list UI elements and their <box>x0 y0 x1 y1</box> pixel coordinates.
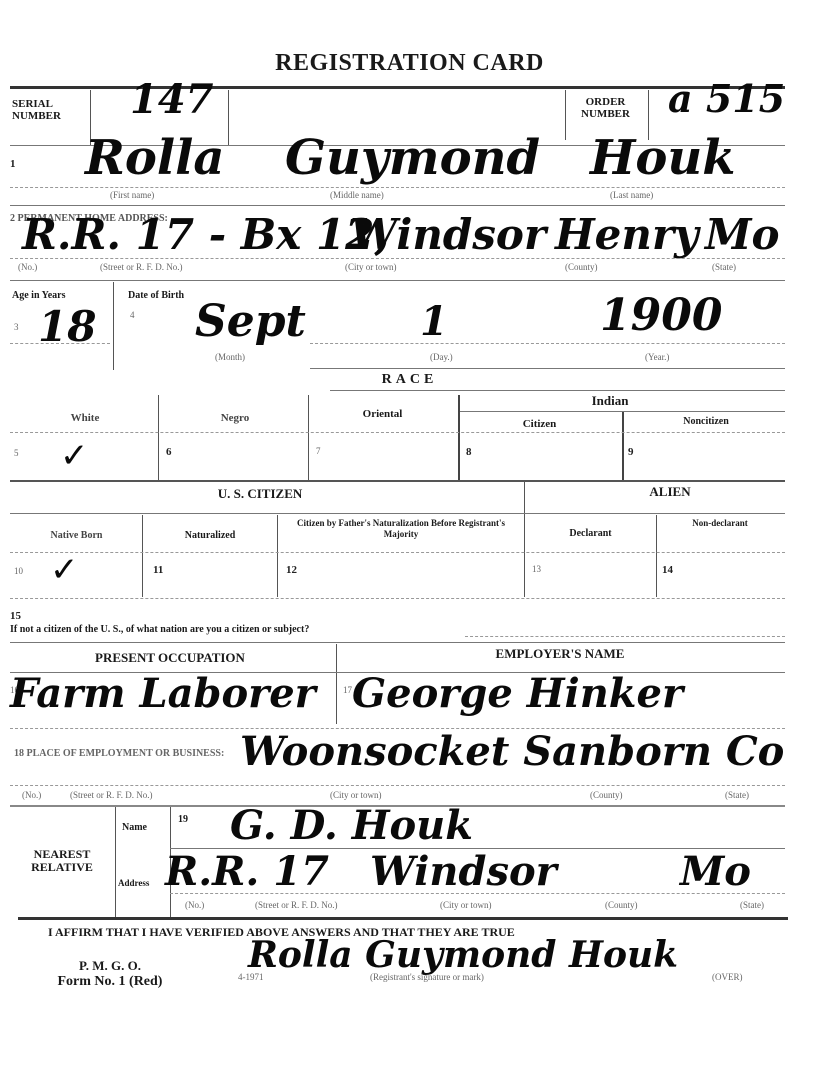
form-id-line1: P. M. G. O. <box>15 958 205 974</box>
race-white-check: ✓ <box>60 436 89 476</box>
rule <box>10 258 785 259</box>
indian-heading: Indian <box>560 393 660 409</box>
address-caption-no: (No.) <box>18 262 37 272</box>
nation-of-citizenship-label: If not a citizen of the U. S., of what n… <box>10 624 309 635</box>
alien-label-non-declarant: Non-declarant <box>680 518 760 529</box>
rule <box>170 893 785 894</box>
address-state-value: Mo <box>705 210 780 259</box>
dob-month-value: Sept <box>195 296 306 347</box>
rule <box>10 280 785 281</box>
last-name-value: Houk <box>590 130 736 186</box>
rule <box>10 343 110 344</box>
serial-number-label: SERIAL NUMBER <box>12 98 82 122</box>
race-label-oriental: Oriental <box>315 408 450 420</box>
rule <box>10 598 785 599</box>
race-label-white: White <box>20 412 150 424</box>
dob-caption-year: (Year.) <box>645 352 669 362</box>
divider <box>524 482 525 597</box>
relative-name-label: Name <box>122 822 147 833</box>
form-id-line2: Form No. 1 (Red) <box>15 974 205 990</box>
serial-number-value: 147 <box>130 76 214 123</box>
employer-heading: EMPLOYER'S NAME <box>400 646 720 662</box>
rule <box>310 368 785 369</box>
rule <box>10 432 785 433</box>
race-heading: RACE <box>0 372 819 388</box>
divider <box>656 515 657 597</box>
rule <box>10 785 785 786</box>
dob-caption-month: (Month) <box>215 352 245 362</box>
relative-address-city: Windsor <box>370 848 557 895</box>
address-city-value: Windsor <box>350 210 546 259</box>
divider <box>308 395 309 480</box>
field-number: 15 <box>10 610 21 622</box>
occupation-heading: PRESENT OCCUPATION <box>10 650 330 666</box>
rule <box>10 187 785 188</box>
middle-name-caption: (Middle name) <box>330 190 384 200</box>
relative-caption-no: (No.) <box>185 900 204 910</box>
rule <box>330 390 785 391</box>
place-caption-county: (County) <box>590 790 623 800</box>
place-of-employment-label: 18 PLACE OF EMPLOYMENT OR BUSINESS: <box>14 748 224 759</box>
field-number: 13 <box>532 564 541 574</box>
field-number: 12 <box>286 564 297 576</box>
order-number-label: ORDER NUMBER <box>568 96 643 120</box>
relative-caption-state: (State) <box>740 900 764 910</box>
middle-name-value: Guymond <box>285 130 540 186</box>
address-caption-state: (State) <box>712 262 736 272</box>
divider <box>158 395 159 480</box>
divider <box>142 515 143 597</box>
relative-address-state: Mo <box>680 848 751 895</box>
relative-caption-city: (City or town) <box>440 900 492 910</box>
address-street-value: R.R. 17 - Bx 12, <box>22 210 389 259</box>
address-county-value: Henry <box>555 210 698 259</box>
divider <box>458 395 460 480</box>
field-number: 17 <box>343 685 352 695</box>
field-number: 14 <box>662 564 673 576</box>
rule <box>10 205 785 206</box>
field-number: 8 <box>466 446 472 458</box>
rule <box>10 480 785 482</box>
dob-caption-day: (Day.) <box>430 352 453 362</box>
field-number: 7 <box>316 446 321 456</box>
address-caption-county: (County) <box>565 262 598 272</box>
race-label-indian-noncitizen: Noncitizen <box>626 416 786 427</box>
field-number: 3 <box>14 322 19 332</box>
date-of-birth-label: Date of Birth <box>128 290 184 301</box>
rule <box>10 552 785 553</box>
signature-caption: (Registrant's signature or mark) <box>370 972 484 982</box>
divider <box>113 282 114 370</box>
order-number-value: a 515 <box>668 76 785 121</box>
divider <box>622 412 624 480</box>
address-caption-street: (Street or R. F. D. No.) <box>100 262 183 272</box>
relative-caption-street: (Street or R. F. D. No.) <box>255 900 338 910</box>
divider <box>228 90 229 145</box>
dob-day-value: 1 <box>420 298 448 345</box>
field-number: 1 <box>10 158 16 170</box>
rule <box>10 513 785 514</box>
first-name-value: Rolla <box>85 130 224 186</box>
dob-year-value: 1900 <box>600 290 722 341</box>
field-number: 4 <box>130 310 135 320</box>
divider <box>565 90 566 140</box>
field-number: 9 <box>628 446 634 458</box>
employer-value: George Hinker <box>352 670 683 717</box>
relative-address-street: R.R. 17 <box>165 848 329 895</box>
us-citizen-heading: U. S. CITIZEN <box>130 486 390 502</box>
print-code: 4-1971 <box>238 972 264 982</box>
citizen-label-native-born: Native Born <box>14 530 139 541</box>
field-number: 19 <box>178 814 188 825</box>
native-born-check: ✓ <box>50 550 79 590</box>
card-title: REGISTRATION CARD <box>0 50 819 77</box>
field-number: 6 <box>166 446 172 458</box>
divider <box>277 515 278 597</box>
place-caption-street: (Street or R. F. D. No.) <box>70 790 153 800</box>
rule <box>310 343 785 344</box>
alien-label-declarant: Declarant <box>528 528 653 539</box>
over-label: (OVER) <box>712 972 743 982</box>
nation-of-citizenship-field <box>465 636 785 637</box>
divider <box>115 807 116 917</box>
nearest-relative-heading: NEAREST RELATIVE <box>12 848 112 874</box>
citizen-label-naturalized: Naturalized <box>146 530 274 541</box>
last-name-caption: (Last name) <box>610 190 653 200</box>
race-label-indian-citizen: Citizen <box>462 418 617 430</box>
rule <box>18 917 788 920</box>
alien-heading: ALIEN <box>600 484 740 500</box>
rule <box>10 642 785 643</box>
place-of-employment-value: Woonsocket Sanborn Co <box>240 728 784 775</box>
race-label-negro: Negro <box>165 412 305 424</box>
field-number: 11 <box>153 564 163 576</box>
place-caption-city: (City or town) <box>330 790 382 800</box>
age-label: Age in Years <box>12 290 66 301</box>
occupation-value: Farm Laborer <box>10 670 316 717</box>
registrant-signature: Rolla Guymond Houk <box>248 934 678 976</box>
place-caption-state: (State) <box>725 790 749 800</box>
relative-caption-county: (County) <box>605 900 638 910</box>
relative-name-value: G. D. Houk <box>230 802 473 849</box>
address-caption-city: (City or town) <box>345 262 397 272</box>
divider <box>336 644 337 724</box>
relative-address-label: Address <box>118 878 149 888</box>
field-number: 5 <box>14 448 19 458</box>
field-number: 10 <box>14 566 23 576</box>
first-name-caption: (First name) <box>110 190 154 200</box>
citizen-label-by-father: Citizen by Father's Naturalization Befor… <box>285 518 517 540</box>
place-caption-no: (No.) <box>22 790 41 800</box>
